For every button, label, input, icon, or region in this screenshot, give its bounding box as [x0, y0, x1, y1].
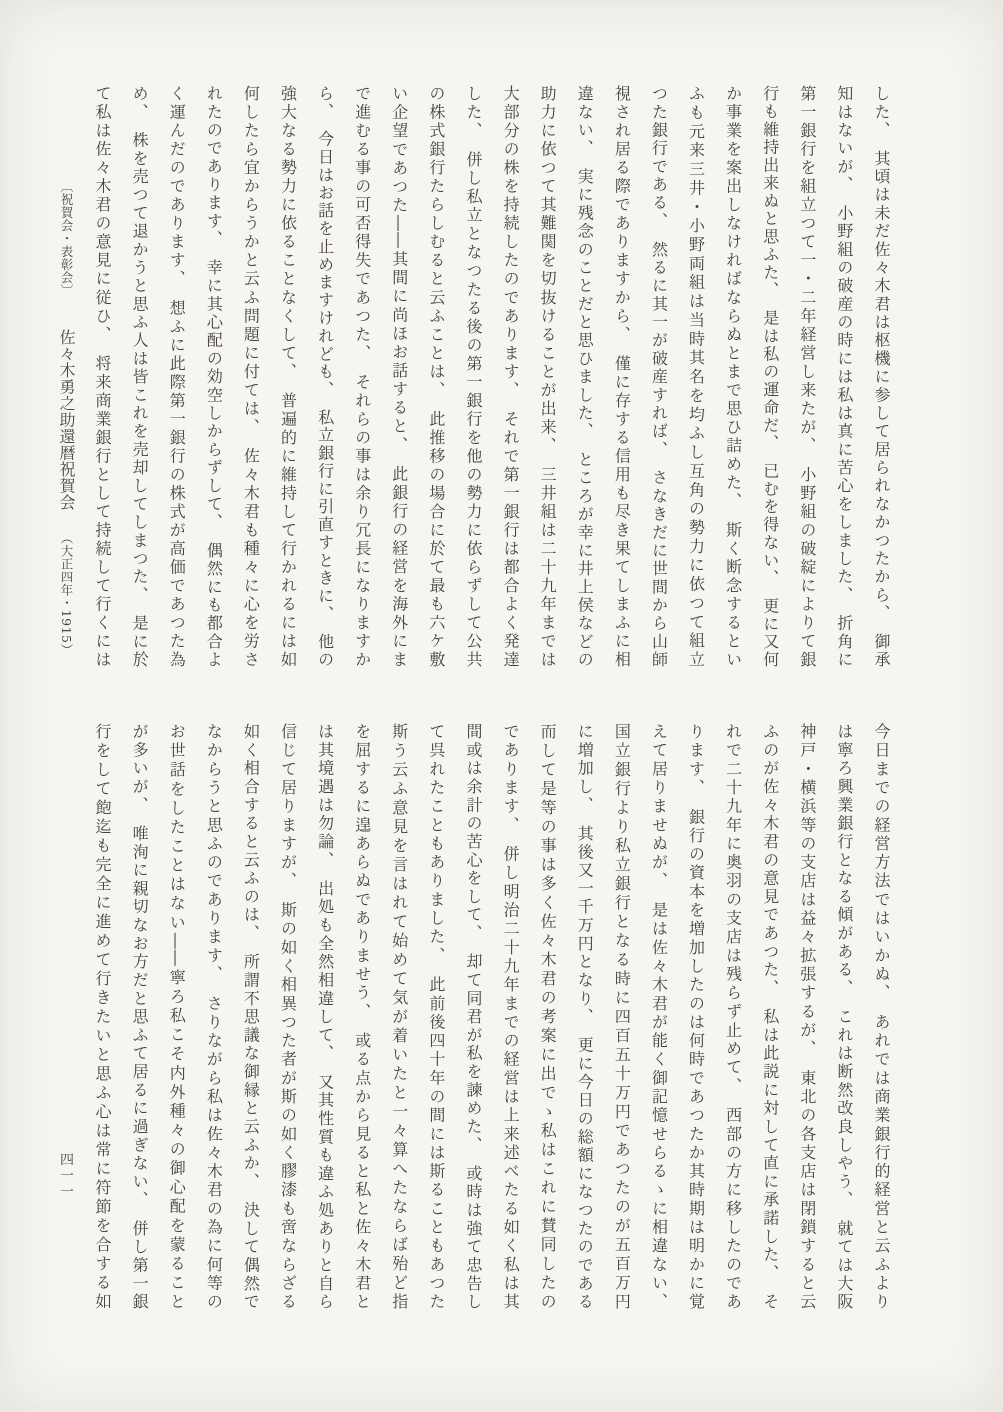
text-column: を屈するに遑あらぬでありませう、 或る点から見ると私と佐々木君と — [344, 723, 381, 1310]
text-column: 而して是等の事は多く佐々木君の考案に出でゝ私はこれに賛同したの — [529, 723, 566, 1310]
text-column: 行も維持出来ぬと思ふた、 是は私の運命だ、 已むを得ない、 更に又何 — [752, 85, 789, 668]
text-column: は其境遇は勿論、 出処も全然相違して、 又其性質も違ふ処ありと自ら — [307, 723, 344, 1310]
text-column: く運んだのであります、 想ふに此際第一銀行の株式が高価であつた為 — [158, 85, 195, 668]
page-number: 四一一 — [52, 1152, 76, 1242]
text-column: 間或は余計の苦心をして、 却て同君が私を諫めた、 或時は強て忠告し — [455, 723, 492, 1310]
text-column: えて居りませぬが、 是は佐々木君が能く御記憶せらるゝに相違ない、 — [640, 723, 677, 1310]
text-column: か事業を案出しなければならぬとまで思ひ詰めた、 斯く断念するとい — [715, 85, 752, 668]
section-label: 〔祝賀会・表彰会〕 — [59, 180, 74, 297]
text-column: 信じて居りますが、 斯の如く相異つた者が斯の如く膠漆も啻ならざる — [269, 723, 306, 1310]
text-column: め、 株を売つて退かうと思ふ人は皆これを売却してしまつた、 是に於 — [121, 85, 158, 668]
text-column: 助力に依つて其難関を切抜けることが出来、 三井組は二十九年までは — [529, 85, 566, 668]
text-column: した、 併し私立となつたる後の第一銀行を他の勢力に依らずして公共 — [455, 85, 492, 668]
scanned-book-page: した、 其頃は未だ佐々木君は枢機に参して居られなかつたから、 御承知はないが、 … — [0, 0, 1003, 1412]
text-column: 如く相合すると云ふのは、 所謂不思議な御縁と云ふか、 決して偶然で — [232, 723, 269, 1310]
running-header: 〔祝賀会・表彰会〕 佐々木勇之助還暦祝賀会 （大正四年・1915） — [50, 180, 82, 660]
upper-text-block: した、 其頃は未だ佐々木君は枢機に参して居られなかつたから、 御承知はないが、 … — [83, 85, 900, 668]
text-column: ら、 今日はお話を止めますけれども、 私立銀行に引直すときに、 他の — [307, 85, 344, 668]
text-column: であります、 併し明治二十九年までの経営は上来述べたる如く私は其 — [492, 723, 529, 1310]
text-column: れで二十九年に奥羽の支店は残らず止めて、 西部の方に移したのであ — [715, 723, 752, 1310]
text-column: て私は佐々木君の意見に従ひ、 将来商業銀行として持続して行くには — [84, 85, 121, 668]
text-column: 行をして飽迄も完全に進めて行きたいと思ふ心は常に符節を合する如 — [84, 723, 121, 1310]
text-column: つた銀行である、 然るに其一が破産すれば、 さなきだに世間から山師 — [640, 85, 677, 668]
text-column: 違ない、 実に残念のことだと思ひました、 ところが幸に井上侯などの — [566, 85, 603, 668]
text-column: 視され居る際でありますから、 僅に存する信用も尽き果てしまふに相 — [603, 85, 640, 668]
text-column: 第一銀行を組立つて一・二年経営し来たが、 小野組の破綻によりて銀 — [789, 85, 826, 668]
text-column: 強大なる勢力に依ることなくして、 普遍的に維持して行かれるには如 — [269, 85, 306, 668]
lower-text-block: 今日までの経営方法ではいかぬ、 あれでは商業銀行的経営と云ふよりは寧ろ興業銀行と… — [83, 723, 900, 1310]
text-column: お世話をしたことはない――寧ろ私こそ内外種々の御心配を蒙ること — [158, 723, 195, 1310]
text-column: で進むる事の可否得失であつた、 それらの事は余り冗長になりますか — [344, 85, 381, 668]
text-column: い企望であつた――其間に尚ほお話すると、 此銀行の経営を海外にま — [381, 85, 418, 668]
text-column: 知はないが、 小野組の破産の時には私は真に苦心をしました、 折角に — [826, 85, 863, 668]
date-label: （大正四年・1915） — [59, 532, 74, 657]
text-column: に増加し、 其後又一千万円となり、 更に今日の総額になつたのである — [566, 723, 603, 1310]
chapter-title: 佐々木勇之助還暦祝賀会 — [57, 329, 76, 511]
text-column: 斯う云ふ意見を言はれて始めて気が着いたと一々算へたならば殆ど指 — [381, 723, 418, 1310]
text-column: は寧ろ興業銀行となる傾がある、 これは断然改良しやう、 就ては大阪 — [826, 723, 863, 1310]
text-column: した、 其頃は未だ佐々木君は枢機に参して居られなかつたから、 御承 — [863, 85, 900, 668]
text-column: 神戸・横浜等の支店は益々拡張するが、 東北の各支店は閉鎖すると云 — [789, 723, 826, 1310]
text-column: 国立銀行より私立銀行となる時に四百五十万円であつたのが五百万円 — [603, 723, 640, 1310]
text-column: ります、 銀行の資本を増加したのは何時であつたか其時期は明かに覚 — [677, 723, 714, 1310]
text-column: ふのが佐々木君の意見であつた、 私は此説に対して直に承諾した、 そ — [752, 723, 789, 1310]
text-column: 今日までの経営方法ではいかぬ、 あれでは商業銀行的経営と云ふより — [863, 723, 900, 1310]
text-column: の株式銀行たらしむると云ふことは、 此推移の場合に於て最も六ケ敷 — [418, 85, 455, 668]
text-column: 大部分の株を持続したのであります、 それで第一銀行は都合よく発達 — [492, 85, 529, 668]
text-column: ふも元来三井・小野両組は当時其名を均ふし互角の勢力に依つて組立 — [677, 85, 714, 668]
text-column: なからうと思ふのであります、 さりながら私は佐々木君の為に何等の — [195, 723, 232, 1310]
text-column: れたのであります、 幸に其心配の効空しからずして、 偶然にも都合よ — [195, 85, 232, 668]
text-column: て呉れたこともありました、 此前後四十年の間には斯ることもあつた — [418, 723, 455, 1310]
text-column: 何したら宜からうかと云ふ問題に付ては、 佐々木君も種々に心を労さ — [232, 85, 269, 668]
text-column: が多いが、 唯洵に親切なお方だと思ふて居るに過ぎない、 併し第一銀 — [121, 723, 158, 1310]
